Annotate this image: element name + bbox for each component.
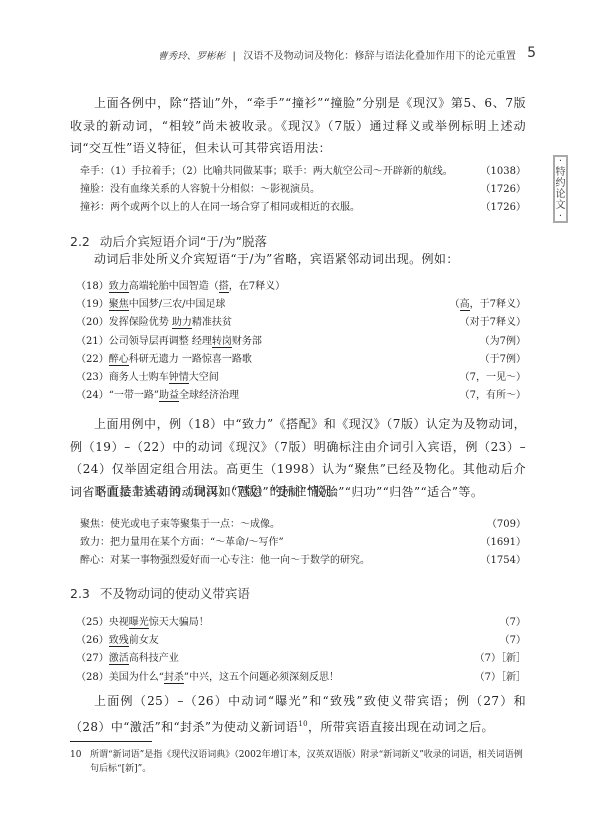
side-tab-dot-top: ·: [559, 156, 562, 167]
header-text: 曹秀玲、罗彬彬 | 汉语不及物动词及物化：修辞与语法化叠加作用下的论元重置: [158, 47, 516, 62]
footnote-text: 所谓“新词语”是指《现代汉语词典》（2002年增订本，汉英双语版）附录“新词新义…: [90, 748, 526, 776]
side-tab-char: 约: [556, 178, 566, 189]
example-row-21: （21）公司领导层再调整 经理转岗财务部 （为7例）: [76, 333, 526, 351]
intro-paragraph: 上面各例中，除“搭讪”外，“牵手”“撞衫”“撞脸”分别是《现汉》第5、6、7版收…: [70, 92, 526, 160]
example-verb: 助力: [172, 317, 192, 329]
example-source: （7）: [500, 632, 526, 650]
section-side-tab: · 特 约 论 文 ·: [553, 155, 568, 223]
definition-list-2: 聚焦：使光或电子束等聚集于一点：～成像。 （709） 致力：把力量用在某个方面：…: [80, 516, 526, 570]
example-source: （为7例）: [480, 333, 526, 351]
definition-row: 聚焦：使光或电子束等聚集于一点：～成像。 （709）: [80, 516, 526, 534]
example-text: 央视: [109, 617, 129, 628]
example-list-2-2: （18）致力高端轮胎中国智造（搭，在7释义） （19）聚焦中国梦/三农/中国足球…: [76, 278, 526, 405]
example-number: （21）: [76, 336, 109, 347]
page-number: 5: [527, 45, 536, 61]
section-heading-2-3: 2.3不及物动词的使动义带宾语: [70, 584, 250, 602]
header-authors: 曹秀玲、罗彬彬: [158, 51, 225, 62]
side-tab-char: 特: [556, 167, 566, 178]
example-verb: 钟情: [169, 372, 189, 384]
example-verb: 激活: [109, 653, 129, 665]
section-title: 动后介宾短语介词“于/为”脱落: [100, 234, 267, 249]
section-number: 2.3: [70, 586, 90, 601]
example-text: 大空间: [189, 372, 219, 383]
definition-text: 醉心：对某一事物强烈爱好而一心专注：他一向～于数学的研究。: [80, 552, 370, 570]
example-source: （7，有所～）: [460, 387, 526, 405]
paren: （: [450, 299, 460, 310]
definition-text: 撞衫：两个或两个以上的人在同一场合穿了相同或相近的衣服。: [80, 199, 360, 217]
example-row-25: （25）央视曝光惊天大骗局！ （7）: [76, 614, 526, 632]
example-verb: 致力: [109, 281, 129, 293]
definition-text: 牵手：（1）手拉着手；（2）比喻共同做某事；联手：两大航空公司～开辟新的航线。: [80, 163, 453, 181]
example-list-2-3: （25）央视曝光惊天大骗局！ （7） （26）致残前女友 （7） （27）激活高…: [76, 614, 526, 687]
example-source: （于7例）: [480, 351, 526, 369]
example-text: 高科技产业: [129, 653, 179, 664]
example-text: 公司领导层再调整 经理: [109, 336, 212, 347]
example-source: （高，于7释义）: [450, 296, 526, 314]
example-text: 财务部: [232, 336, 262, 347]
example-text: 科研无遗力 一路惊喜一路歌: [129, 354, 252, 365]
footnote-ref[interactable]: 10: [298, 720, 308, 728]
definition-row: 牵手：（1）手拉着手；（2）比喻共同做某事；联手：两大航空公司～开辟新的航线。 …: [80, 163, 526, 181]
example-verb: 聚焦: [109, 299, 129, 311]
example-text: 中国梦/三农/中国足球: [129, 299, 226, 310]
example-number: （23）: [76, 372, 109, 383]
example-number: （19）: [76, 299, 109, 310]
definition-text: 聚焦：使光或电子束等聚集于一点：～成像。: [80, 516, 280, 534]
example-text: ”中兴，这五个问题必须深刻反思！: [184, 672, 339, 683]
section-2-2-lead: 动词后非处所义介宾短语“于/为”省略，宾语紧邻动词出现。例如：: [70, 248, 526, 271]
example-text: 高端轮胎中国智造（: [129, 281, 219, 292]
example-row-20: （20）发挥保险优势 助力精准扶贫 （对于7释义）: [76, 314, 526, 332]
section-number: 2.2: [70, 234, 90, 249]
example-row-18: （18）致力高端轮胎中国智造（搭，在7释义）: [76, 278, 526, 296]
definition-list-1: 牵手：（1）手拉着手；（2）比喻共同做某事；联手：两大航空公司～开辟新的航线。 …: [80, 163, 526, 217]
example-text: “一带一路”: [109, 390, 159, 401]
paragraph-annotation-intro: 下面是上述动词《现汉》（7版）的标注情况：: [70, 480, 526, 503]
example-text: 美国为什么“: [109, 672, 164, 683]
definition-row: 致力：把力量用在某个方面：“～革命/～写作” （1691）: [80, 534, 526, 552]
definition-page: （1754）: [481, 552, 526, 570]
example-text: 前女友: [129, 635, 159, 646]
paragraph-analysis-2-3: 上面例（25）–（26）中动词“曝光”和“致残”致使义带宾语；例（27）和（28…: [70, 690, 526, 738]
example-note-underlined: 搭: [219, 281, 229, 293]
side-tab-char: 论: [556, 189, 566, 200]
definition-text: 致力：把力量用在某个方面：“～革命/～写作”: [80, 534, 284, 552]
example-verb: 转岗: [212, 336, 232, 348]
footnote: 10 所谓“新词语”是指《现代汉语词典》（2002年增订本，汉英双语版）附录“新…: [70, 748, 526, 776]
example-verb: 封杀: [164, 672, 184, 684]
definition-page: （1038）: [481, 163, 526, 181]
example-number: （20）: [76, 317, 109, 328]
definition-page: （1726）: [481, 199, 526, 217]
example-source: （7）［新］: [475, 650, 526, 668]
example-number: （24）: [76, 390, 109, 401]
example-verb: 醉心: [109, 354, 129, 366]
example-source: （7）: [500, 614, 526, 632]
definition-page: （1726）: [481, 181, 526, 199]
paragraph-text: ，所带宾语直接出现在动词之后。: [308, 720, 494, 734]
example-number: （18）: [76, 281, 109, 292]
section-title: 不及物动词的使动义带宾语: [100, 586, 250, 601]
example-row-22: （22）醉心科研无遗力 一路惊喜一路歌 （于7例）: [76, 351, 526, 369]
definition-text: 撞脸：没有血缘关系的人容貌十分相似：～影视演员。: [80, 181, 320, 199]
source-underlined: 高: [460, 299, 470, 311]
example-verb: 助益: [159, 390, 179, 402]
example-source: （7）［新］: [475, 669, 526, 687]
example-verb: 曝光: [129, 617, 149, 629]
example-number: （25）: [76, 617, 109, 628]
example-verb: 致残: [109, 635, 129, 647]
example-number: （28）: [76, 672, 109, 683]
definition-row: 撞脸：没有血缘关系的人容貌十分相似：～影视演员。 （1726）: [80, 181, 526, 199]
example-text: 发挥保险优势: [109, 317, 172, 328]
definition-page: （709）: [487, 516, 526, 534]
example-number: （27）: [76, 653, 109, 664]
example-number: （22）: [76, 354, 109, 365]
example-row-26: （26）致残前女友 （7）: [76, 632, 526, 650]
example-text: 惊天大骗局！: [149, 617, 209, 628]
source-text: ，于7释义）: [470, 299, 526, 310]
example-row-27: （27）激活高科技产业 （7）［新］: [76, 650, 526, 668]
running-header: 曹秀玲、罗彬彬 | 汉语不及物动词及物化：修辞与语法化叠加作用下的论元重置 5: [0, 47, 594, 63]
example-text: 精准扶贫: [192, 317, 232, 328]
side-tab-dot-bottom: ·: [559, 211, 562, 222]
example-text: 商务人士购车: [109, 372, 169, 383]
example-row-24: （24）“一带一路”助益全球经济治理 （7，有所～）: [76, 387, 526, 405]
definition-row: 醉心：对某一事物强烈爱好而一心专注：他一向～于数学的研究。 （1754）: [80, 552, 526, 570]
example-number: （26）: [76, 635, 109, 646]
header-separator: |: [233, 51, 236, 62]
example-source: （对于7释义）: [460, 314, 526, 332]
example-source: （7，一见～）: [460, 369, 526, 387]
footnote-number: 10: [70, 748, 81, 762]
header-title: 汉语不及物动词及物化：修辞与语法化叠加作用下的论元重置: [243, 51, 516, 62]
definition-row: 撞衫：两个或两个以上的人在同一场合穿了相同或相近的衣服。 （1726）: [80, 199, 526, 217]
side-tab-char: 文: [556, 200, 566, 211]
example-text: 全球经济治理: [179, 390, 239, 401]
example-note: ，在7释义）: [229, 281, 285, 292]
definition-page: （1691）: [481, 534, 526, 552]
example-row-23: （23）商务人士购车钟情大空间 （7，一见～）: [76, 369, 526, 387]
example-row-28: （28）美国为什么“封杀”中兴，这五个问题必须深刻反思！ （7）［新］: [76, 669, 526, 687]
footnote-divider: [70, 741, 152, 742]
example-row-19: （19）聚焦中国梦/三农/中国足球 （高，于7释义）: [76, 296, 526, 314]
